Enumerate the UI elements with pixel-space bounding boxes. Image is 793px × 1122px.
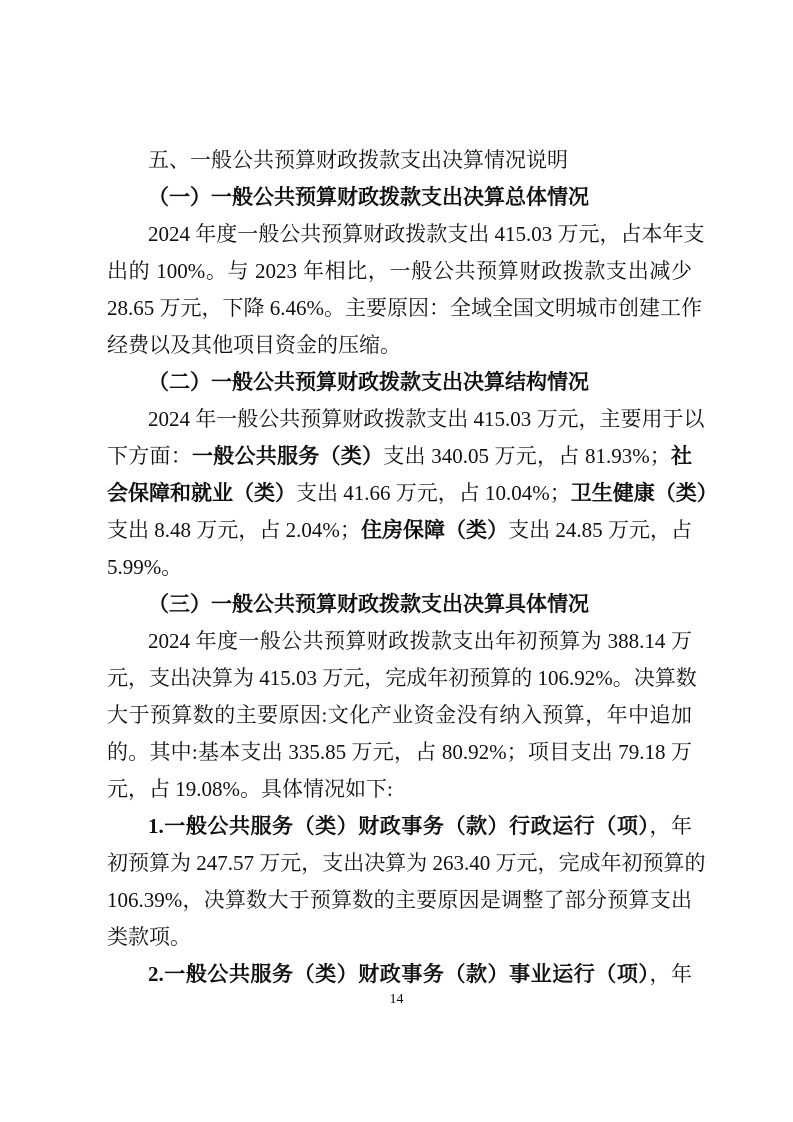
text: 支出 340.05 万元，占 81.93%； bbox=[383, 444, 671, 468]
category-general-public-services: 一般公共服务（类） bbox=[192, 444, 383, 468]
text: 支出 8.48 万元，占 2.04%； bbox=[107, 518, 361, 542]
text: ，年 bbox=[649, 962, 692, 986]
text: 支出 41.66 万元，占 10.04%； bbox=[296, 481, 571, 505]
paragraph-line: 元，支出决算为 415.03 万元，完成年初预算的 106.92%。决算数 bbox=[107, 660, 692, 697]
subsection-heading-1: （一）一般公共预算财政拨款支出决算总体情况 bbox=[107, 179, 692, 216]
text: 下方面： bbox=[107, 444, 192, 468]
section-title: 五、一般公共预算财政拨款支出决算情况说明 bbox=[107, 142, 692, 179]
category-social-security-start: 社 bbox=[671, 444, 692, 468]
paragraph-line: 初预算为 247.57 万元，支出决算为 263.40 万元，完成年初预算的 bbox=[107, 845, 692, 882]
paragraph-line: 下方面：一般公共服务（类）支出 340.05 万元，占 81.93%；社 bbox=[107, 438, 692, 475]
paragraph-line: 2024 年度一般公共预算财政拨款支出年初预算为 388.14 万 bbox=[107, 623, 692, 660]
paragraph-line: 28.65 万元，下降 6.46%。主要原因：全域全国文明城市创建工作 bbox=[107, 290, 692, 327]
paragraph-line: 出的 100%。与 2023 年相比，一般公共预算财政拨款支出减少 bbox=[107, 253, 692, 290]
paragraph-line: 的。其中:基本支出 335.85 万元，占 80.92%；项目支出 79.18 … bbox=[107, 734, 692, 771]
paragraph-line: 类款项。 bbox=[107, 919, 692, 956]
subsection-heading-2: （二）一般公共预算财政拨款支出决算结构情况 bbox=[107, 364, 692, 401]
paragraph-line: 元，占 19.08%。具体情况如下: bbox=[107, 771, 692, 808]
paragraph-line: 2024 年度一般公共预算财政拨款支出 415.03 万元，占本年支 bbox=[107, 216, 692, 253]
document-page: 五、一般公共预算财政拨款支出决算情况说明 （一）一般公共预算财政拨款支出决算总体… bbox=[107, 142, 692, 993]
text: ，年 bbox=[649, 814, 692, 838]
item-2-title-line: 2.一般公共服务（类）财政事务（款）事业运行（项），年 bbox=[107, 956, 692, 993]
paragraph-line: 106.39%，决算数大于预算数的主要原因是调整了部分预算支出 bbox=[107, 882, 692, 919]
paragraph-line: 会保障和就业（类）支出 41.66 万元，占 10.04%；卫生健康（类） bbox=[107, 475, 692, 512]
text: 支出 24.85 万元，占 bbox=[508, 518, 692, 542]
item-2-title: 2.一般公共服务（类）财政事务（款）事业运行（项） bbox=[148, 962, 649, 986]
category-social-security: 会保障和就业（类） bbox=[107, 481, 296, 505]
item-1-title: 1.一般公共服务（类）财政事务（款）行政运行（项） bbox=[148, 814, 649, 838]
page-number: 14 bbox=[0, 992, 793, 1008]
paragraph-line: 支出 8.48 万元，占 2.04%；住房保障（类）支出 24.85 万元，占 bbox=[107, 512, 692, 549]
category-health: 卫生健康（类） bbox=[571, 481, 718, 505]
paragraph-line: 5.99%。 bbox=[107, 549, 692, 586]
paragraph-line: 2024 年一般公共预算财政拨款支出 415.03 万元，主要用于以 bbox=[107, 401, 692, 438]
paragraph-line: 经费以及其他项目资金的压缩。 bbox=[107, 327, 692, 364]
category-housing: 住房保障（类） bbox=[361, 518, 508, 542]
item-1-title-line: 1.一般公共服务（类）财政事务（款）行政运行（项），年 bbox=[107, 808, 692, 845]
subsection-heading-3: （三）一般公共预算财政拨款支出决算具体情况 bbox=[107, 586, 692, 623]
paragraph-line: 大于预算数的主要原因:文化产业资金没有纳入预算，年中追加 bbox=[107, 697, 692, 734]
